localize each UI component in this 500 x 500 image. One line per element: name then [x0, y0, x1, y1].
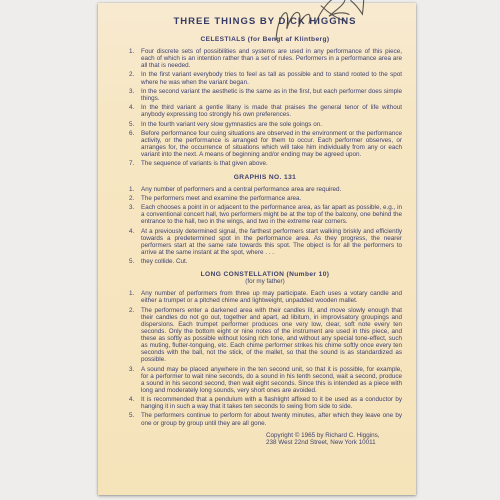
list-item: It is recommended that a pendulum with a… — [128, 396, 402, 410]
address-line: 238 West 22nd Street, New York 10011 — [266, 439, 402, 447]
copyright-line: Copyright © 1965 by Richard C. Higgins, — [266, 432, 402, 440]
list-item: In the fourth variant very slow gymnasti… — [128, 121, 402, 128]
list-item: Four discrete sets of possibilities and … — [128, 48, 402, 69]
list-item: The performers continue to perform for a… — [128, 412, 402, 426]
list-item: In the first variant everybody tries to … — [128, 71, 402, 85]
list-item: Any number of performers and a central p… — [128, 186, 402, 193]
document-page: THREE THINGS BY DICK HIGGINS CELESTIALS … — [98, 3, 416, 495]
graphis-list: Any number of performers and a central p… — [128, 186, 402, 266]
list-item: In the second variant the aesthetic is t… — [128, 88, 402, 102]
list-item: they collide. Cut. — [128, 258, 402, 265]
list-item: The sequence of variants is that given a… — [128, 160, 402, 167]
section-heading-celestials: CELESTIALS (for Bengt af Klintberg) — [128, 36, 402, 43]
section-heading-long-constellation: LONG CONSTELLATION (Number 10) — [128, 271, 402, 278]
section-dedication: (for my father) — [128, 278, 402, 285]
copyright-block: Copyright © 1965 by Richard C. Higgins, … — [266, 432, 402, 447]
list-item: Before performance four cuing situations… — [128, 130, 402, 158]
long-constellation-list: Any number of performers from three up m… — [128, 290, 402, 426]
section-heading-graphis: GRAPHIS NO. 131 — [128, 174, 402, 181]
list-item: At a previously determined signal, the f… — [128, 228, 402, 256]
section-celestials: CELESTIALS (for Bengt af Klintberg) Four… — [128, 36, 402, 168]
list-item: The performers enter a darkened area wit… — [128, 307, 402, 364]
celestials-list: Four discrete sets of possibilities and … — [128, 48, 402, 168]
list-item: In the third variant a gentle litany is … — [128, 104, 402, 118]
list-item: A sound may be placed anywhere in the te… — [128, 366, 402, 394]
list-item: Any number of performers from three up m… — [128, 290, 402, 304]
section-graphis: GRAPHIS NO. 131 Any number of performers… — [128, 174, 402, 266]
section-long-constellation: LONG CONSTELLATION (Number 10) (for my f… — [128, 271, 402, 426]
list-item: The performers meet and examine the perf… — [128, 195, 402, 202]
list-item: Each chooses a point in or adjacent to t… — [128, 204, 402, 225]
